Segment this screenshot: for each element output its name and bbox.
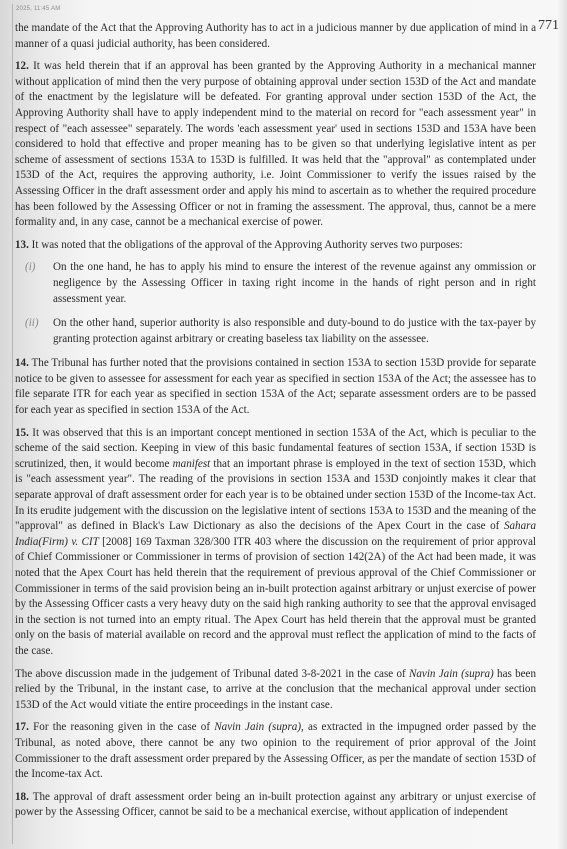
document-body: the mandate of the Act that the Approvin… [15,21,536,828]
paragraph-number: 17. [15,721,29,733]
list-item-text: On the one hand, he has to apply his min… [49,260,536,307]
paragraph-text: [2008] 169 Taxman 328/300 ITR 403 where … [15,536,536,657]
paragraph-13: 13. It was noted that the obligations of… [15,238,536,254]
case-citation: Navin Jain (supra) [214,721,301,733]
emphasis-text: manifest [173,458,211,470]
list-item-text: On the other hand, superior authority is… [49,316,536,347]
list-item-label: (i) [15,260,49,307]
paragraph-text: It was held therein that if an approval … [15,60,536,228]
paragraph-18: 18. The approval of draft assessment ord… [15,790,536,821]
page-edge-rule [12,4,13,844]
print-timestamp: 2025, 11:45 AM [16,6,60,12]
paragraph-text: The above discussion made in the judgeme… [15,668,409,680]
paragraph-number: 14. [15,357,29,369]
case-citation: Navin Jain (supra) [409,668,494,680]
paragraph-16: The above discussion made in the judgeme… [15,667,536,714]
paragraph-17: 17. For the reasoning given in the case … [15,720,536,782]
paragraph-number: 13. [15,239,29,251]
document-page: 2025, 11:45 AM 771 the mandate of the Ac… [0,0,567,849]
paragraph-text: The Tribunal has further noted that the … [15,357,536,416]
paragraph-text: For the reasoning given in the case of [33,721,214,733]
purposes-list: (i) On the one hand, he has to apply his… [15,260,536,347]
paragraph-number: 18. [15,791,29,803]
page-number: 771 [538,18,559,34]
paragraph-continuation: the mandate of the Act that the Approvin… [15,21,536,52]
paragraph-14: 14. The Tribunal has further noted that … [15,356,536,418]
list-item: (i) On the one hand, he has to apply his… [15,260,536,307]
list-item-label: (ii) [15,316,49,347]
paragraph-12: 12. It was held therein that if an appro… [15,59,536,231]
page-edge-shadow [557,0,567,849]
list-item: (ii) On the other hand, superior authori… [15,316,536,347]
paragraph-number: 12. [15,60,29,72]
paragraph-number: 15. [15,427,29,439]
paragraph-text: It was noted that the obligations of the… [32,239,463,251]
paragraph-text: The approval of draft assessment order b… [15,791,536,819]
paragraph-text: the mandate of the Act that the Approvin… [15,22,536,50]
paragraph-15: 15. It was observed that this is an impo… [15,426,536,660]
